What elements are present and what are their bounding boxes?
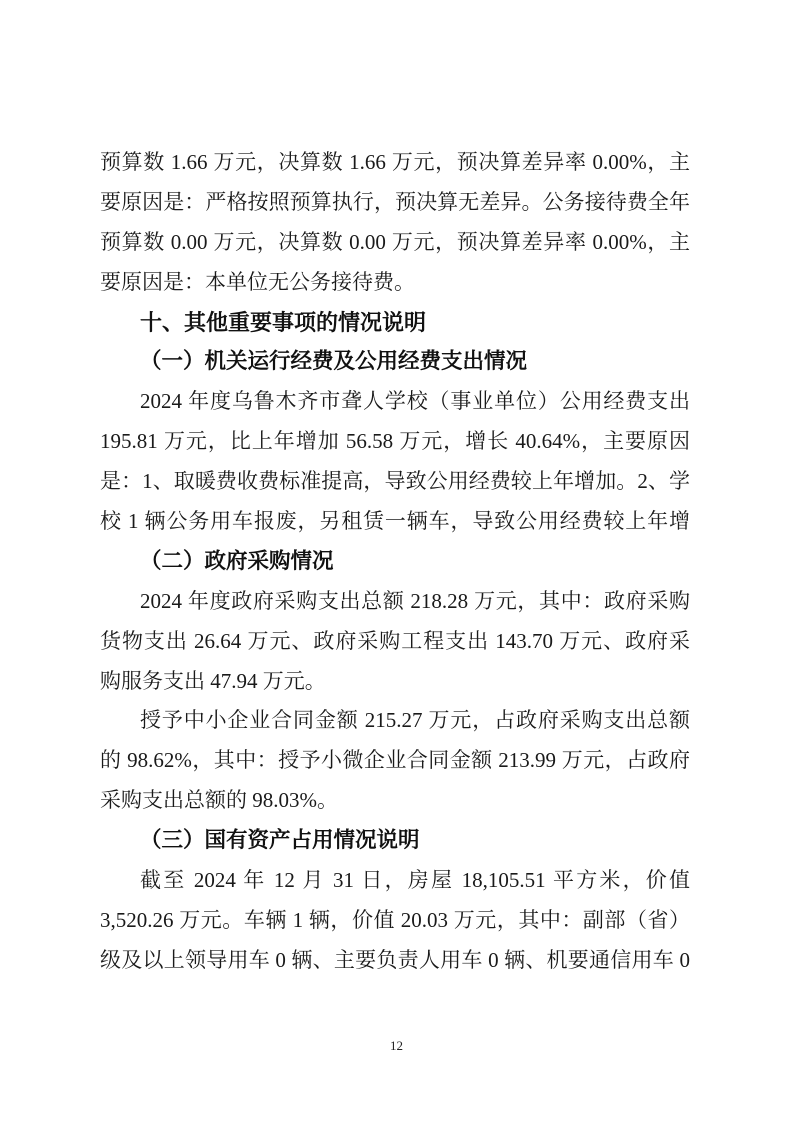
text-line: 购服务支出 47.94 万元。 — [100, 662, 690, 702]
text-line: 预算数 0.00 万元，决算数 0.00 万元，预决算差异率 0.00%，主 — [100, 223, 690, 263]
text-line: 要原因是：严格按照预算执行，预决算无差异。公务接待费全年 — [100, 183, 690, 223]
section-heading: 十、其他重要事项的情况说明 — [100, 303, 690, 343]
text-line: 截至 2024 年 12 月 31 日，房屋 18,105.51 平方米，价值 — [100, 861, 690, 901]
text-line: 的 98.62%，其中：授予小微企业合同金额 213.99 万元，占政府 — [100, 741, 690, 781]
text-line: 预算数 1.66 万元，决算数 1.66 万元，预决算差异率 0.00%，主 — [100, 143, 690, 183]
text-line: 校 1 辆公务用车报废，另租赁一辆车，导致公用经费较上年增加。 — [100, 502, 690, 542]
text-line: 2024 年度政府采购支出总额 218.28 万元，其中：政府采购 — [100, 582, 690, 622]
text-line: 采购支出总额的 98.03%。 — [100, 781, 690, 821]
text-line: 195.81 万元，比上年增加 56.58 万元，增长 40.64%，主要原因 — [100, 422, 690, 462]
document-body: 预算数 1.66 万元，决算数 1.66 万元，预决算差异率 0.00%，主 要… — [100, 143, 690, 981]
text-line: 3,520.26 万元。车辆 1 辆，价值 20.03 万元，其中：副部（省） — [100, 901, 690, 941]
text-line: 要原因是：本单位无公务接待费。 — [100, 263, 690, 303]
subsection-heading: （三）国有资产占用情况说明 — [100, 821, 690, 861]
text-line: 授予中小企业合同金额 215.27 万元，占政府采购支出总额 — [100, 701, 690, 741]
page-number: 12 — [0, 1038, 793, 1054]
text-line: 级及以上领导用车 0 辆、主要负责人用车 0 辆、机要通信用车 0 — [100, 941, 690, 981]
text-line: 是：1、取暖费收费标准提高，导致公用经费较上年增加。2、学 — [100, 462, 690, 502]
subsection-heading: （一）机关运行经费及公用经费支出情况 — [100, 342, 690, 382]
text-line: 货物支出 26.64 万元、政府采购工程支出 143.70 万元、政府采 — [100, 622, 690, 662]
text-line: 2024 年度乌鲁木齐市聋人学校（事业单位）公用经费支出 — [100, 382, 690, 422]
document-page: 预算数 1.66 万元，决算数 1.66 万元，预决算差异率 0.00%，主 要… — [0, 0, 793, 1122]
subsection-heading: （二）政府采购情况 — [100, 542, 690, 582]
